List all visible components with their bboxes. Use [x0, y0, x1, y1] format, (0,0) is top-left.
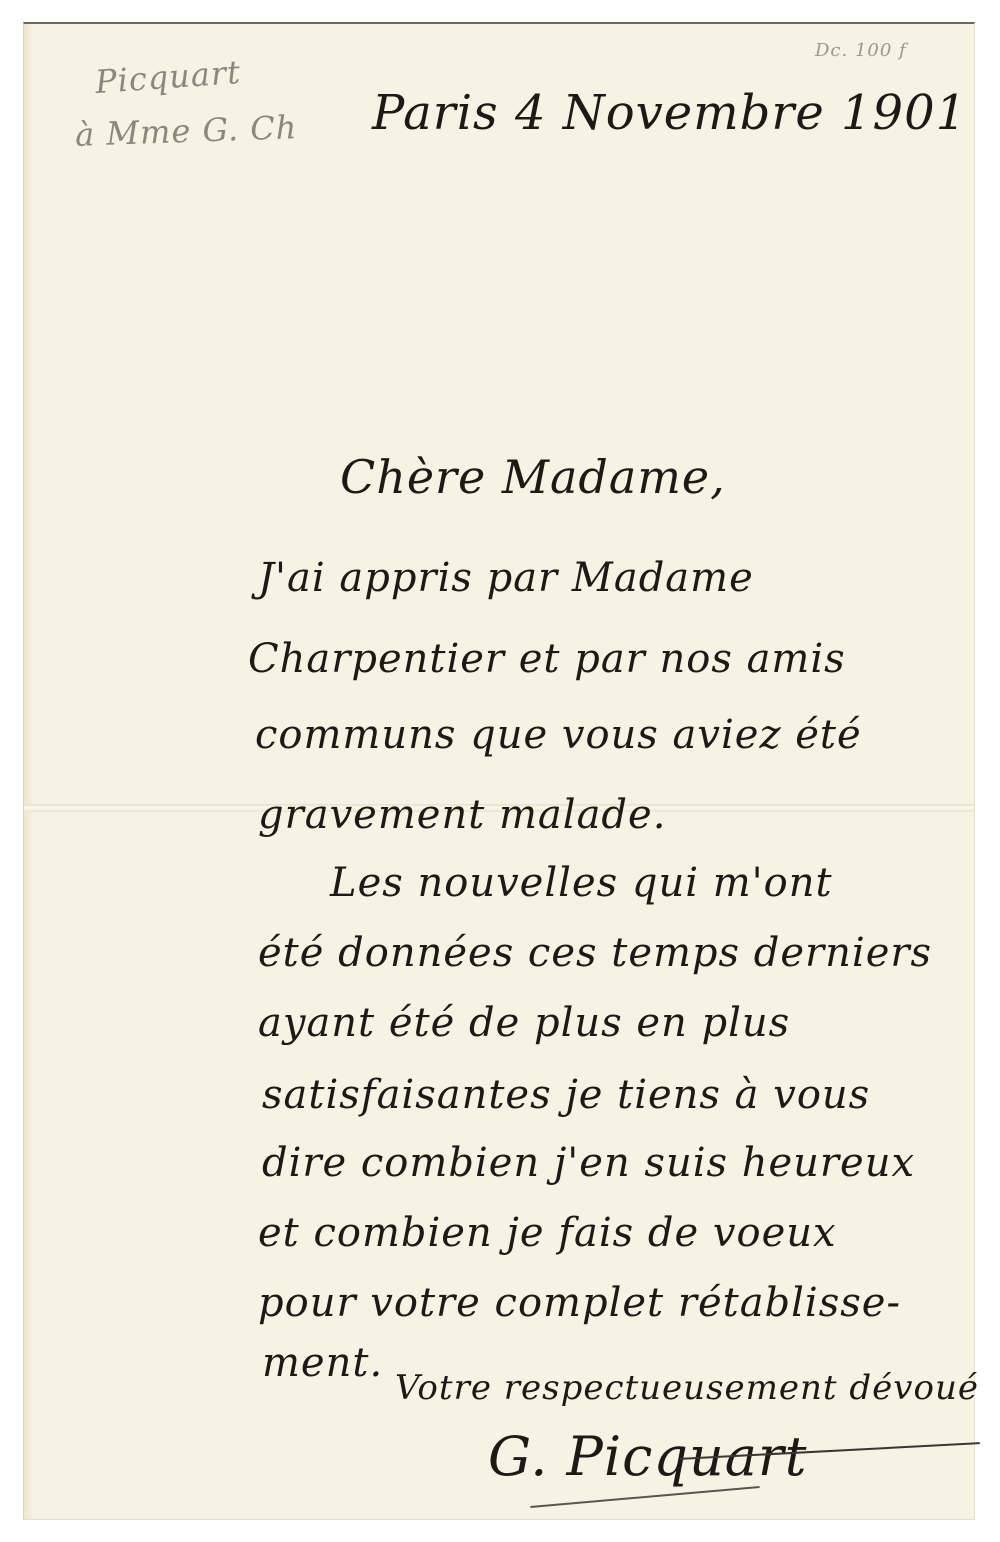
body-line: et combien je fais de voeux: [258, 1210, 837, 1256]
body-line: dire combien j'en suis heureux: [262, 1140, 915, 1186]
body-line: été données ces temps derniers: [258, 930, 932, 976]
body-line: Charpentier et par nos amis: [248, 636, 846, 682]
paper-edge-shading: [24, 24, 34, 1519]
place-date: Paris 4 Novembre 1901: [372, 85, 967, 141]
signature: G. Picquart: [488, 1425, 807, 1488]
body-line: pour votre complet rétablisse-: [258, 1280, 901, 1326]
closing: Votre respectueusement dévoué: [395, 1368, 979, 1408]
body-line: gravement malade.: [258, 792, 666, 838]
body-line: communs que vous aviez été: [255, 712, 862, 758]
pencil-note-price: Dc. 100 f: [815, 40, 907, 61]
body-line: satisfaisantes je tiens à vous: [262, 1072, 870, 1118]
body-line: ayant été de plus en plus: [258, 1000, 790, 1046]
body-line: ment.: [262, 1340, 383, 1386]
salutation: Chère Madame,: [340, 450, 726, 504]
body-line: Les nouvelles qui m'ont: [330, 860, 833, 906]
pencil-note-recipient: à Mme G. Ch: [74, 108, 298, 154]
body-line: J'ai appris par Madame: [258, 555, 754, 601]
